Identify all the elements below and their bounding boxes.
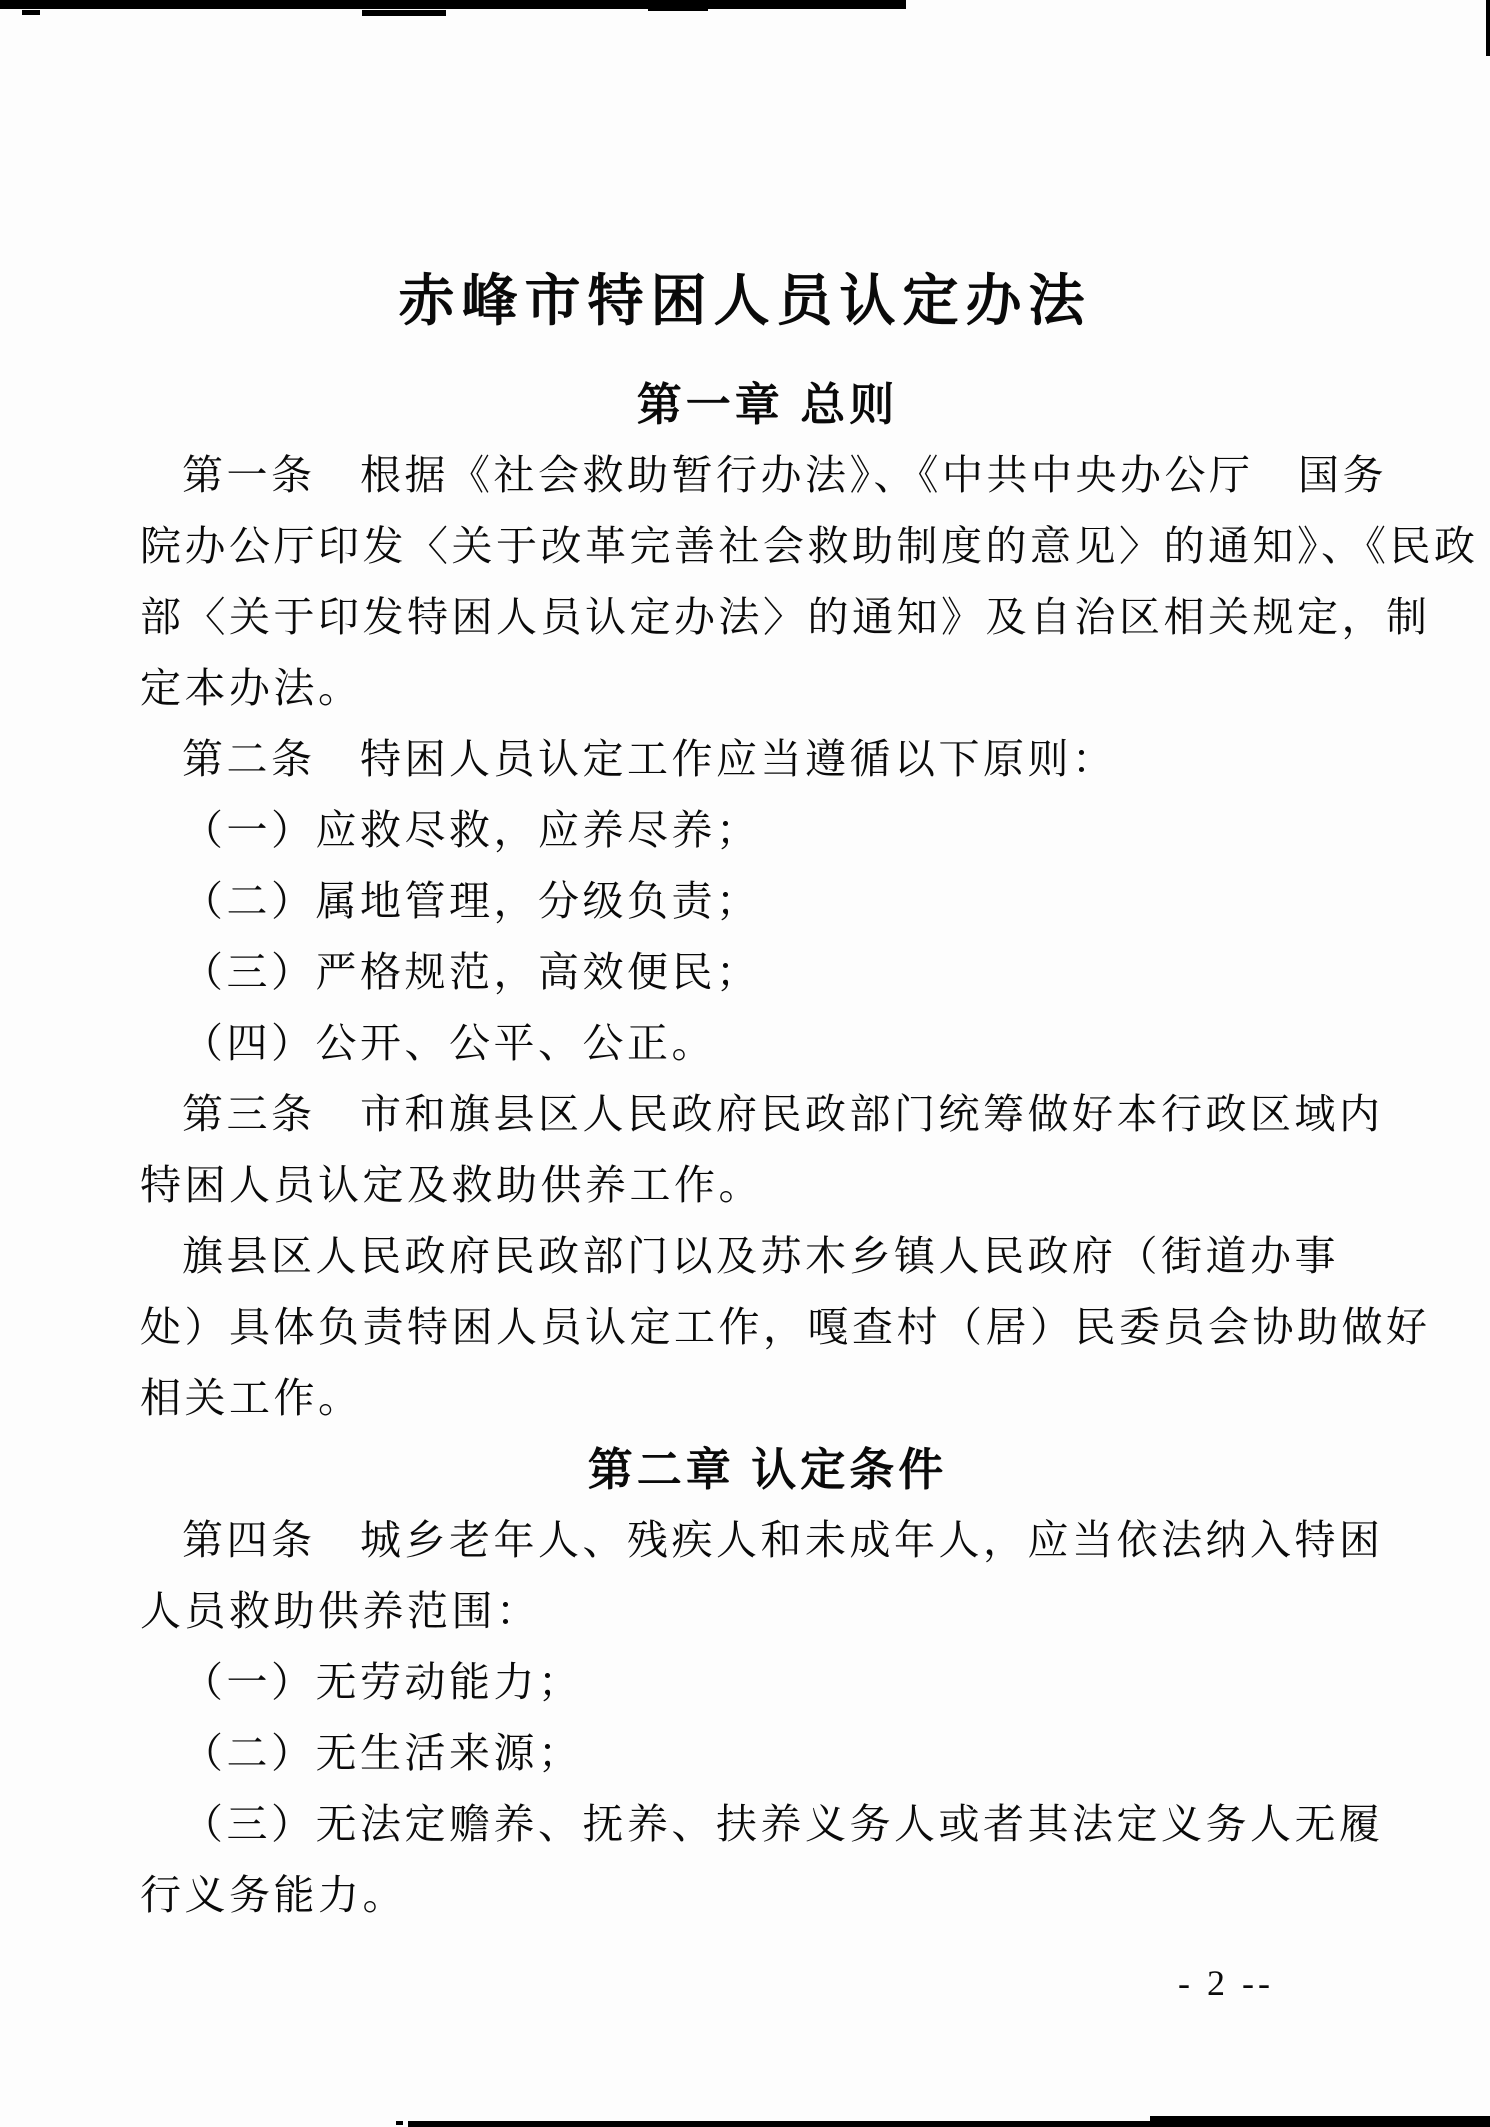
body-line: 相关工作。	[140, 1363, 1395, 1434]
scan-artifact-speck	[362, 10, 446, 16]
body-line: 第三条 市和旗县区人民政府民政部门统筹做好本行政区域内	[140, 1079, 1395, 1150]
scan-artifact-bottom-band	[1150, 2116, 1490, 2127]
list-item-line: （一）应救尽救，应养尽养；	[140, 795, 1395, 866]
list-item-line: （三）无法定赡养、抚养、扶养义务人或者其法定义务人无履	[140, 1789, 1395, 1860]
scanned-document-page: 赤峰市特困人员认定办法 第一章 总则 第一条 根据《社会救助暂行办法》、《中共中…	[0, 0, 1490, 2127]
scan-artifact-bottom-band	[408, 2121, 1153, 2127]
body-line: 院办公厅印发〈关于改革完善社会救助制度的意见〉的通知》、《民政	[140, 511, 1395, 582]
page-number: - 2 --	[1178, 1962, 1274, 2004]
body-line: 旗县区人民政府民政部门以及苏木乡镇人民政府（街道办事	[140, 1221, 1395, 1292]
scan-artifact-right-tick	[1486, 0, 1490, 56]
chapter-heading: 第二章 认定条件	[140, 1434, 1395, 1505]
list-item-line: （一）无劳动能力；	[140, 1647, 1395, 1718]
body-line: 特困人员认定及救助供养工作。	[140, 1150, 1395, 1221]
body-line: 第四条 城乡老年人、残疾人和未成年人，应当依法纳入特困	[140, 1505, 1395, 1576]
body-line: 部〈关于印发特困人员认定办法〉的通知》及自治区相关规定，制	[140, 582, 1395, 653]
body-line: 第二条 特困人员认定工作应当遵循以下原则：	[140, 724, 1395, 795]
document-title: 赤峰市特困人员认定办法	[0, 268, 1490, 334]
list-item-line: （二）属地管理，分级负责；	[140, 866, 1395, 937]
scan-artifact-speck	[396, 2121, 403, 2125]
body-line: 人员救助供养范围：	[140, 1576, 1395, 1647]
list-item-line: （二）无生活来源；	[140, 1718, 1395, 1789]
body-line: 定本办法。	[140, 653, 1395, 724]
scan-artifact-speck	[648, 6, 708, 11]
scan-artifact-speck	[22, 10, 40, 15]
list-item-line: （四）公开、公平、公正。	[140, 1008, 1395, 1079]
body-line: 处）具体负责特困人员认定工作，嘎查村（居）民委员会协助做好	[140, 1292, 1395, 1363]
body-line: 第一条 根据《社会救助暂行办法》、《中共中央办公厅 国务	[140, 440, 1395, 511]
body-line: 行义务能力。	[140, 1860, 1395, 1931]
scan-artifact-top-band	[0, 0, 906, 9]
chapter-heading: 第一章 总则	[140, 369, 1395, 440]
document-body: 第一章 总则 第一条 根据《社会救助暂行办法》、《中共中央办公厅 国务 院办公厅…	[140, 369, 1395, 1931]
list-item-line: （三）严格规范，高效便民；	[140, 937, 1395, 1008]
